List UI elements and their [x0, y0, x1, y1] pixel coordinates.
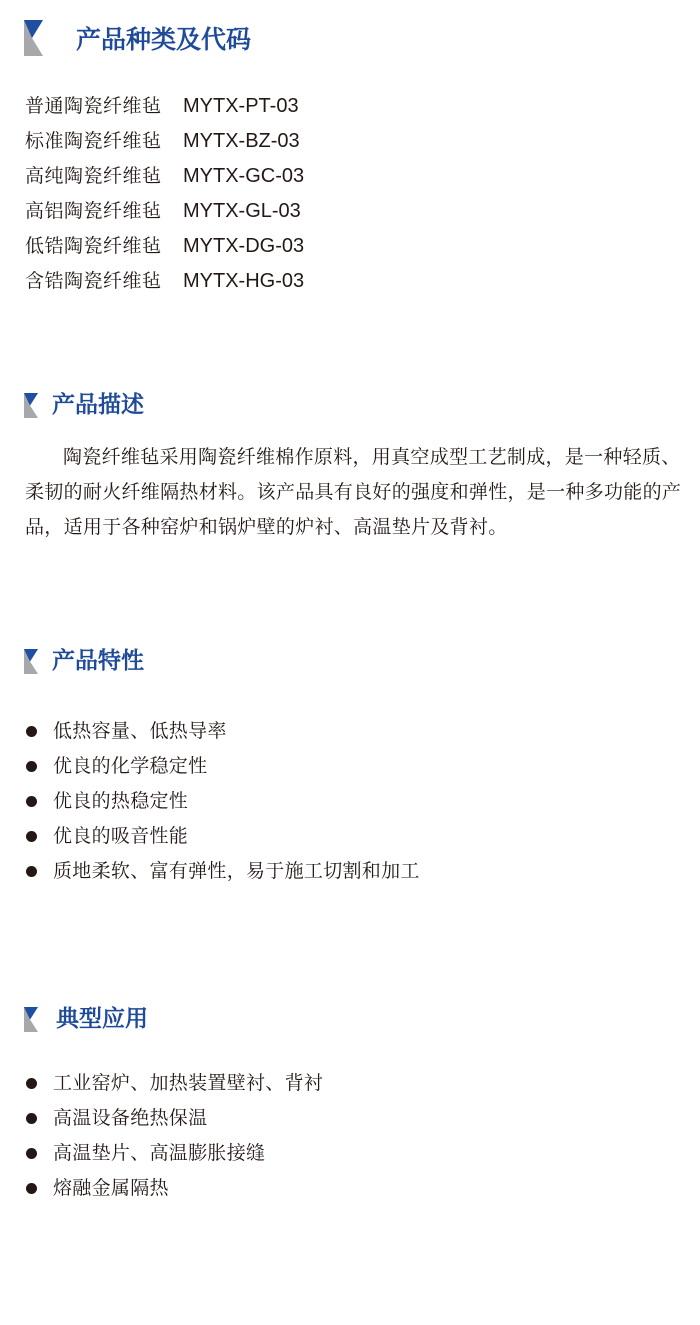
feature-text: 优良的吸音性能 [53, 819, 188, 854]
section-title-product-description: 产品描述 [52, 394, 144, 417]
bullet-icon [26, 1148, 37, 1159]
product-code: MYTX-DG-03 [183, 229, 304, 264]
bullet-icon [26, 1113, 37, 1124]
product-name: 标准陶瓷纤维毡 [25, 124, 162, 159]
feature-text: 质地柔软、富有弹性，易于施工切割和加工 [53, 854, 420, 889]
bullet-icon [26, 761, 37, 772]
bullet-icon [26, 831, 37, 842]
bullet-icon [26, 1183, 37, 1194]
application-text: 工业窑炉、加热装置壁衬、背衬 [53, 1066, 323, 1101]
product-code: MYTX-HG-03 [183, 264, 304, 299]
section-marker-icon [24, 393, 38, 418]
section-title-product-features: 产品特性 [52, 650, 144, 673]
section-marker-icon [24, 1007, 38, 1032]
bullet-icon [26, 726, 37, 737]
product-code: MYTX-GL-03 [183, 194, 301, 229]
bullet-icon [26, 1078, 37, 1089]
section-title-typical-applications: 典型应用 [56, 1008, 148, 1031]
section-marker-icon [24, 20, 43, 56]
product-code: MYTX-GC-03 [183, 159, 304, 194]
application-text: 高温垫片、高温膨胀接缝 [53, 1136, 265, 1171]
product-name: 普通陶瓷纤维毡 [25, 89, 162, 124]
product-name: 高铝陶瓷纤维毡 [25, 194, 162, 229]
product-code: MYTX-BZ-03 [183, 124, 300, 159]
product-name: 低锆陶瓷纤维毡 [25, 229, 162, 264]
product-name: 含锆陶瓷纤维毡 [25, 264, 162, 299]
feature-text: 低热容量、低热导率 [53, 714, 227, 749]
section-marker-icon [24, 649, 38, 674]
feature-text: 优良的热稳定性 [53, 784, 188, 819]
application-text: 熔融金属隔热 [53, 1171, 169, 1206]
product-code: MYTX-PT-03 [183, 89, 299, 124]
description-paragraph: 陶瓷纤维毡采用陶瓷纤维棉作原料，用真空成型工艺制成，是一种轻质、柔韧的耐火纤维隔… [25, 440, 685, 545]
feature-text: 优良的化学稳定性 [53, 749, 207, 784]
section-title-product-types: 产品种类及代码 [76, 27, 251, 52]
bullet-icon [26, 866, 37, 877]
bullet-icon [26, 796, 37, 807]
product-name: 高纯陶瓷纤维毡 [25, 159, 162, 194]
application-text: 高温设备绝热保温 [53, 1101, 207, 1136]
